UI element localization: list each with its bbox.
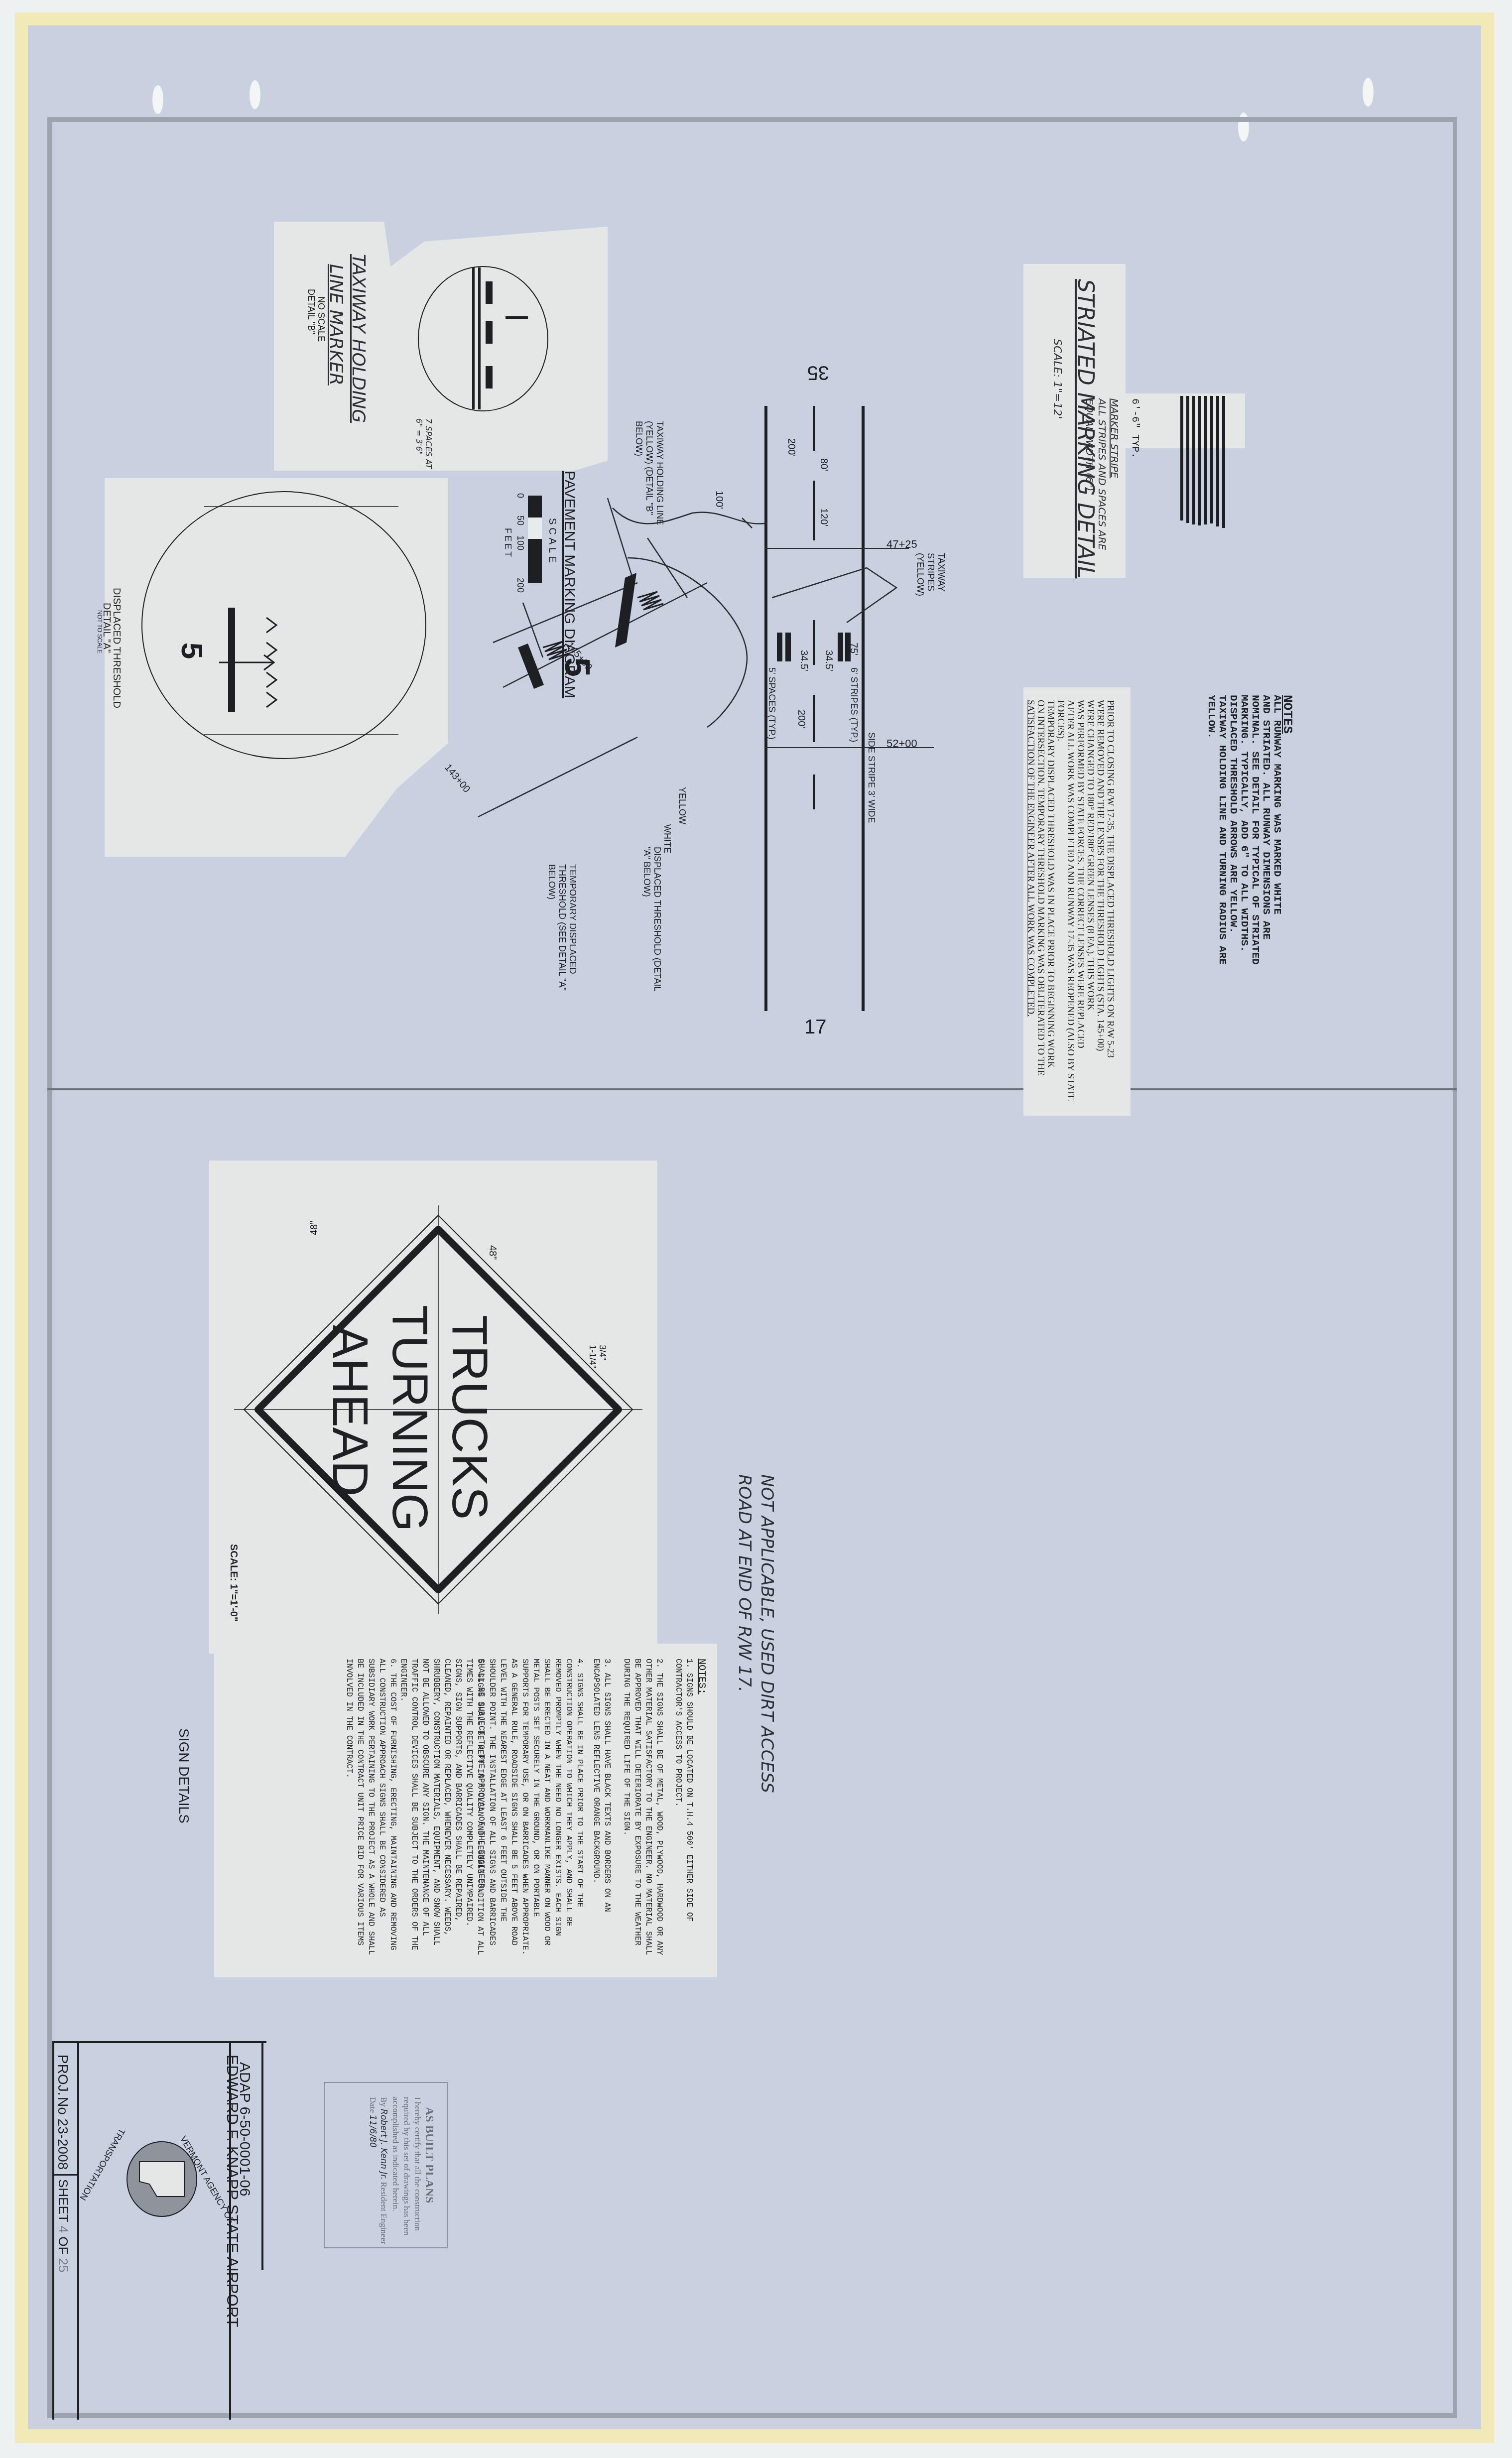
runway-end-17: 17: [804, 1016, 827, 1038]
paste-line: AFTER ALL WORK WAS COMPLETED AND RUNWAY …: [1065, 700, 1076, 1101]
taxiway-detail-scale: NO SCALE: [316, 296, 326, 342]
as-built-by: By Robert J. Kenn Jr. Resident Engineer: [378, 2097, 388, 2244]
station-4725: 47+25: [886, 538, 917, 551]
sign-line-ahead: AHEAD: [321, 1325, 378, 1497]
striated-stripes-graphic: [1180, 396, 1240, 545]
dim-75: 75': [848, 643, 859, 655]
yellow-label: YELLOW: [677, 787, 687, 824]
sign-note-5: 5. SIGNS SHALL BE KEPT IN A CLEAN AND LE…: [398, 1659, 486, 1957]
punch-hole: [1363, 78, 1374, 107]
handwritten-note-1: NOT APPLICABLE, USED DIRT ACCESS: [757, 1474, 777, 1793]
sign-scale: SCALE: 1"=1'-0": [228, 1544, 239, 1621]
taxiway-spaces-note: 7 SPACES AT 6" = 3'6": [414, 418, 433, 473]
paste-line: ON INTERSECTION. TEMPORARY THRESHOLD MAR…: [1035, 700, 1046, 1076]
sign-note-1: 1. SIGNS SHOULD BE LOCATED ON T.H.4 500'…: [673, 1659, 695, 1957]
as-built-title: AS BUILT PLANS: [422, 2107, 436, 2203]
note-line: AND STRIATED. ALL RUNWAY DIMENSIONS ARE: [1260, 695, 1271, 939]
proj-label: PROJ.: [55, 2055, 71, 2095]
paste-line: WERE REMOVED AND THE LENSES FOR THE THRE…: [1095, 700, 1106, 1051]
sign-note-6: 6. THE COST OF FURNISHING, ERECTING, MAI…: [344, 1659, 398, 1957]
pavement-diagram-title: PAVEMENT MARKING DIAGRAM: [561, 471, 578, 698]
sign-dim-1-1-4: 1-1/4": [587, 1345, 598, 1368]
paste-line: FORCES).: [1055, 700, 1066, 741]
sign-dim-3-4: 3/4": [597, 1345, 608, 1360]
note-line: DISPLACED THRESHOLD ARROWS ARE YELLOW.: [1227, 695, 1239, 933]
scale-tick-200: 200: [515, 578, 525, 593]
scale-tick-100: 100: [515, 535, 525, 550]
taxiway-detail-ref: DETAIL "B": [306, 289, 316, 334]
scale-unit: FEET: [503, 528, 513, 559]
threshold-detail-number: 5: [175, 643, 209, 659]
vtrans-logo: [110, 2134, 214, 2224]
sign-dim-48: 48": [487, 1245, 498, 1260]
station-5200: 52+00: [886, 737, 917, 750]
note-line: ALL RUNWAY MARKING WAS MARKED WHITE: [1271, 695, 1282, 914]
pavement-geometry: 5: [428, 408, 976, 1056]
threshold-detail-title: DISPLACED THRESHOLD: [111, 588, 122, 708]
taxiway-stripes-label: TAXIWAY STRIPES (YELLOW): [915, 553, 946, 613]
sign-line-trucks: TRUCKS: [441, 1315, 498, 1520]
sign-note-4: 4. SIGNS SHALL BE IN PLACE PRIOR TO THE …: [476, 1659, 585, 1957]
striated-typ-dim: 6'-6" TYP.: [1129, 398, 1140, 458]
paste-line: SATISFACTION OF THE ENGINEER AFTER ALL W…: [1025, 700, 1036, 1017]
dim-200b: 200': [795, 710, 807, 728]
note-line: TAXIWAY HOLDING LINE AND TURNING RADIUS …: [1216, 695, 1228, 965]
white-label: WHITE: [662, 824, 672, 853]
striated-marker-label: MARKER STRIPE: [1109, 398, 1121, 478]
scale-tick-0: 0: [515, 493, 525, 498]
paste-line: WERE CHANGED TO 180° RED/180° GREEN LENS…: [1085, 700, 1096, 1011]
striated-scale: SCALE: 1"=12': [1051, 339, 1063, 419]
note-line: NOMINAL. SEE DETAIL FOR TYPICAL OF STRIA…: [1249, 695, 1260, 965]
handwritten-note-2: ROAD AT END OF R/W 17.: [735, 1474, 755, 1692]
airport-name: EDWARD F. KNAPP STATE AIRPORT: [223, 2055, 242, 2328]
sign-note-3: 3. ALL SIGNS SHALL HAVE BLACK TEXTS AND …: [591, 1659, 613, 1957]
sign-details-title: SIGN DETAILS: [176, 1728, 192, 1823]
taxiway-detail-title-1: TAXIWAY HOLDING: [348, 254, 369, 423]
sign-notes-heading: NOTES:: [696, 1659, 707, 1694]
taxiway-detail-title-2: LINE MARKER: [326, 264, 346, 386]
threshold-detail-scale: NOT TO SCALE: [96, 610, 103, 653]
dim-200: 200': [785, 438, 797, 457]
punch-hole: [250, 80, 260, 109]
as-built-line2: required by this set of drawings has bee…: [401, 2097, 411, 2235]
dim-120: 120': [818, 508, 829, 526]
scale-label: SCALE: [546, 518, 558, 566]
scale-tick-50: 50: [515, 516, 525, 525]
as-built-line1: I hereby certify that all the constructi…: [412, 2097, 422, 2231]
paste-line: TEMPORARY DISPLACED THRESHOLD WAS IN PLA…: [1045, 700, 1056, 1068]
spaces-label: 5' SPACES (TYP.): [766, 667, 777, 740]
side-stripe-label: SIDE STRIPE 3' WIDE: [866, 732, 877, 823]
section-divider: [47, 1088, 1457, 1090]
temp-threshold-label: TEMPORARY DISPLACED THRESHOLD (SEE DETAI…: [546, 864, 578, 1014]
dim-345b: 34.5': [823, 650, 834, 671]
dim-345a: 34.5': [798, 650, 809, 671]
striated-title: STRIATED MARKING DETAIL: [1073, 279, 1098, 578]
proj-number: No 23-2008: [55, 2097, 71, 2170]
note-line: MARKING. TYPICALLY, ADD 6" TO ALL WIDTHS…: [1238, 695, 1250, 952]
stripes-label: 6' STRIPES (TYP.): [849, 667, 859, 742]
displaced-threshold-label: DISPLACED THRESHOLD (DETAIL "A" BELOW): [641, 847, 662, 996]
scale-bar: [528, 496, 542, 583]
sign-dim-48b: 48": [309, 1221, 320, 1235]
taxiway-detail-circle: [413, 261, 553, 416]
sign-line-turning: TURNING: [381, 1305, 438, 1532]
as-built-date: Date 11/6/80: [368, 2097, 378, 2148]
as-built-line3: accomplished as indicated herein.: [390, 2097, 400, 2211]
dim-100: 100': [713, 491, 725, 509]
paste-line: WAS PERFORMED BY STATE FORCES. THE CORRE…: [1075, 700, 1086, 1048]
threshold-detail-circle: [139, 486, 448, 765]
runway-end-35: 35: [807, 361, 830, 384]
sign-note-2: 2. THE SIGNS SHALL BE OF METAL, WOOD, PL…: [621, 1659, 665, 1957]
dim-80: 80': [818, 458, 829, 471]
paste-line: PRIOR TO CLOSING R/W 17-35, THE DISPLACE…: [1105, 700, 1116, 1058]
trucks-turning-sign: [234, 1205, 642, 1614]
punch-hole: [152, 85, 163, 114]
taxiway-holding-label: TAXIWAY HOLDING LINE (YELLOW) (DETAIL "B…: [633, 421, 665, 550]
sheet-info: SHEET 4 OF 25: [55, 2179, 71, 2272]
note-line: YELLOW.: [1205, 695, 1217, 739]
